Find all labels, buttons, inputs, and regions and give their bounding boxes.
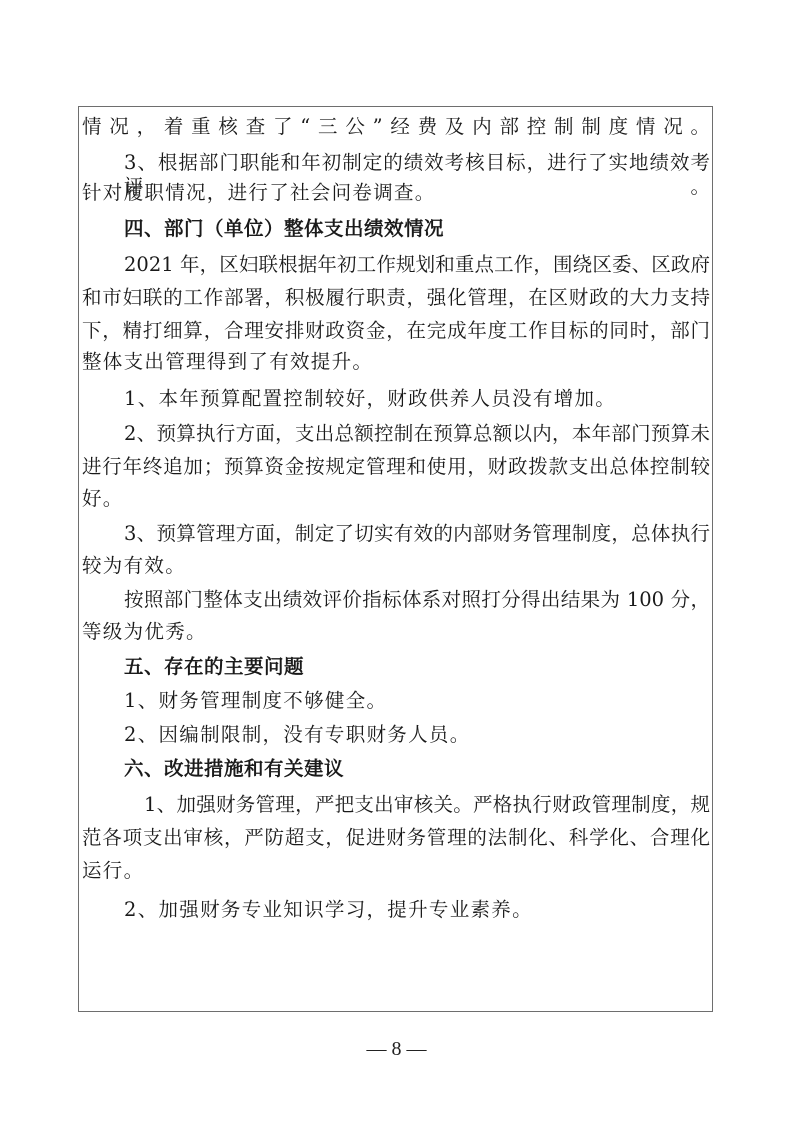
paragraph-line: 2、预算执行方面，支出总额控制在预算总额以内，本年部门预算未 bbox=[82, 422, 710, 446]
list-item: 2、因编制限制，没有专职财务人员。 bbox=[82, 723, 710, 747]
paragraph-line: 好。 bbox=[82, 487, 710, 511]
paragraph-line: 1、本年预算配置控制较好，财政供养人员没有增加。 bbox=[82, 387, 710, 411]
page-number: — 8 — bbox=[0, 1037, 793, 1061]
paragraph-line: 等级为优秀。 bbox=[82, 620, 710, 644]
paragraph-line: 针对履职情况，进行了社会问卷调查。 bbox=[82, 181, 710, 205]
paragraph-line: 较为有效。 bbox=[82, 554, 710, 578]
section-heading-6: 六、改进措施和有关建议 bbox=[82, 757, 710, 781]
list-item: 2、加强财务专业知识学习，提升专业素养。 bbox=[82, 898, 710, 922]
paragraph-line: 进行年终追加；预算资金按规定管理和使用，财政拨款支出总体控制较 bbox=[82, 455, 710, 479]
paragraph-line: 3、预算管理方面，制定了切实有效的内部财务管理制度，总体执行 bbox=[82, 522, 710, 546]
paragraph-line: 范各项支出审核，严防超支，促进财务管理的法制化、科学化、合理化 bbox=[82, 826, 710, 850]
paragraph-line: 情况，着重核查了“三公”经费及内部控制制度情况。 bbox=[82, 115, 710, 139]
paragraph-line: 运行。 bbox=[82, 859, 710, 883]
paragraph-line: 下，精打细算，合理安排财政资金，在完成年度工作目标的同时，部门 bbox=[82, 319, 710, 343]
paragraph-line: 整体支出管理得到了有效提升。 bbox=[82, 350, 710, 374]
paragraph-line: 和市妇联的工作部署，积极履行职责，强化管理，在区财政的大力支持 bbox=[82, 286, 710, 310]
section-heading-5: 五、存在的主要问题 bbox=[82, 655, 710, 679]
list-item: 1、财务管理制度不够健全。 bbox=[82, 689, 710, 713]
section-heading-4: 四、部门（单位）整体支出绩效情况 bbox=[82, 217, 710, 241]
paragraph-line: 按照部门整体支出绩效评价指标体系对照打分得出结果为 100 分， bbox=[82, 588, 710, 612]
paragraph-line: 1、加强财务管理，严把支出审核关。严格执行财政管理制度，规 bbox=[82, 793, 710, 817]
paragraph-line: 2021 年，区妇联根据年初工作规划和重点工作，围绕区委、区政府 bbox=[82, 253, 710, 277]
